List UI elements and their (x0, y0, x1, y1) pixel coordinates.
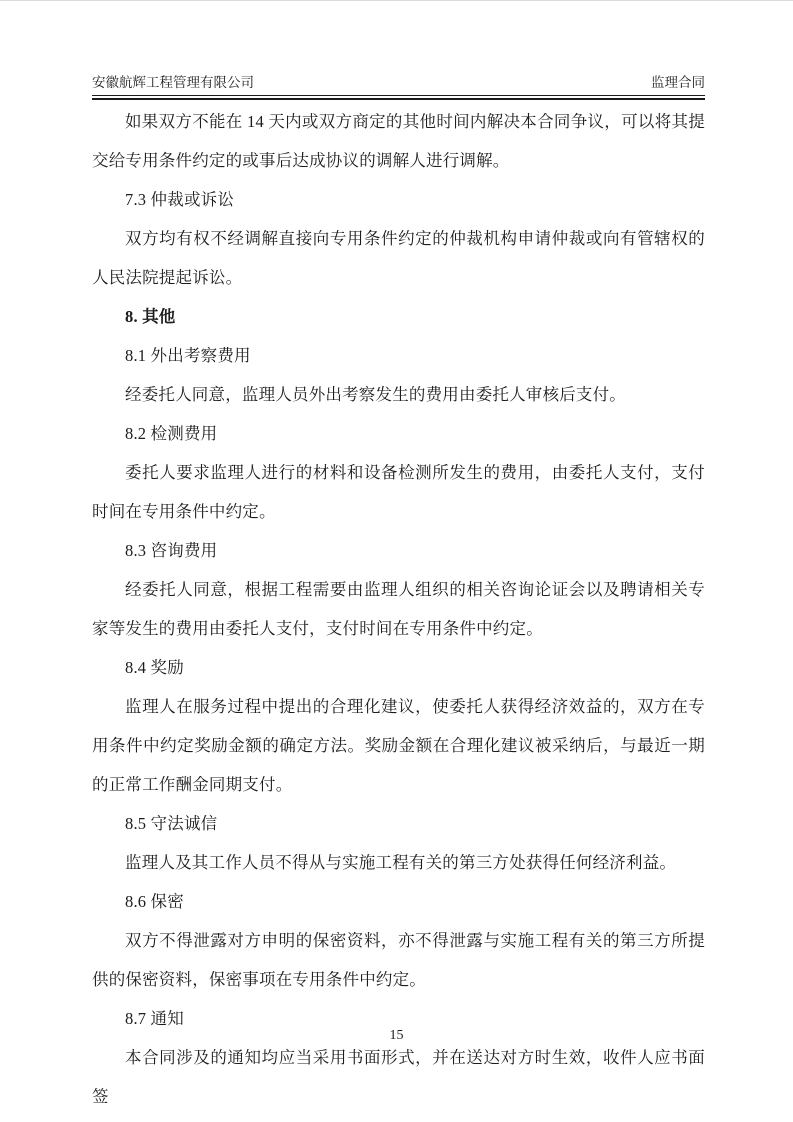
section-heading: 8.3 咨询费用 (92, 531, 705, 570)
document-body: 如果双方不能在 14 天内或双方商定的其他时间内解决本合同争议，可以将其提交给专… (92, 102, 705, 1116)
paragraph: 双方均有权不经调解直接向专用条件约定的仲裁机构申请仲裁或向有管辖权的人民法院提起… (92, 219, 705, 297)
section-heading: 8.1 外出考察费用 (92, 336, 705, 375)
section-heading: 8.5 守法诚信 (92, 804, 705, 843)
paragraph: 如果双方不能在 14 天内或双方商定的其他时间内解决本合同争议，可以将其提交给专… (92, 102, 705, 180)
paragraph: 经委托人同意，监理人员外出考察发生的费用由委托人审核后支付。 (92, 375, 705, 414)
paragraph: 双方不得泄露对方申明的保密资料，亦不得泄露与实施工程有关的第三方所提供的保密资料… (92, 921, 705, 999)
section-heading: 8.4 奖励 (92, 648, 705, 687)
page-header: 安徽航辉工程管理有限公司 监理合同 (92, 74, 705, 100)
header-doc-title: 监理合同 (651, 74, 705, 92)
paragraph: 本合同涉及的通知均应当采用书面形式，并在送达对方时生效，收件人应书面签 (92, 1038, 705, 1116)
header-company-name: 安徽航辉工程管理有限公司 (92, 74, 254, 92)
section-heading: 8.2 检测费用 (92, 414, 705, 453)
paragraph: 委托人要求监理人进行的材料和设备检测所发生的费用，由委托人支付，支付时间在专用条… (92, 453, 705, 531)
paragraph: 经委托人同意，根据工程需要由监理人组织的相关咨询论证会以及聘请相关专家等发生的费… (92, 570, 705, 648)
scan-top-edge (0, 0, 793, 1)
header-row: 安徽航辉工程管理有限公司 监理合同 (92, 74, 705, 96)
section-heading: 8. 其他 (92, 297, 705, 336)
page-number: 15 (390, 1028, 404, 1043)
header-rule (92, 98, 705, 100)
section-heading: 8.6 保密 (92, 882, 705, 921)
paragraph: 监理人在服务过程中提出的合理化建议，使委托人获得经济效益的，双方在专用条件中约定… (92, 687, 705, 804)
paragraph: 监理人及其工作人员不得从与实施工程有关的第三方处获得任何经济利益。 (92, 843, 705, 882)
section-heading: 7.3 仲裁或诉讼 (92, 180, 705, 219)
page-footer: 15 (0, 1026, 793, 1046)
document-page: { "header": { "left": "安徽航辉工程管理有限公司", "r… (0, 0, 793, 1122)
